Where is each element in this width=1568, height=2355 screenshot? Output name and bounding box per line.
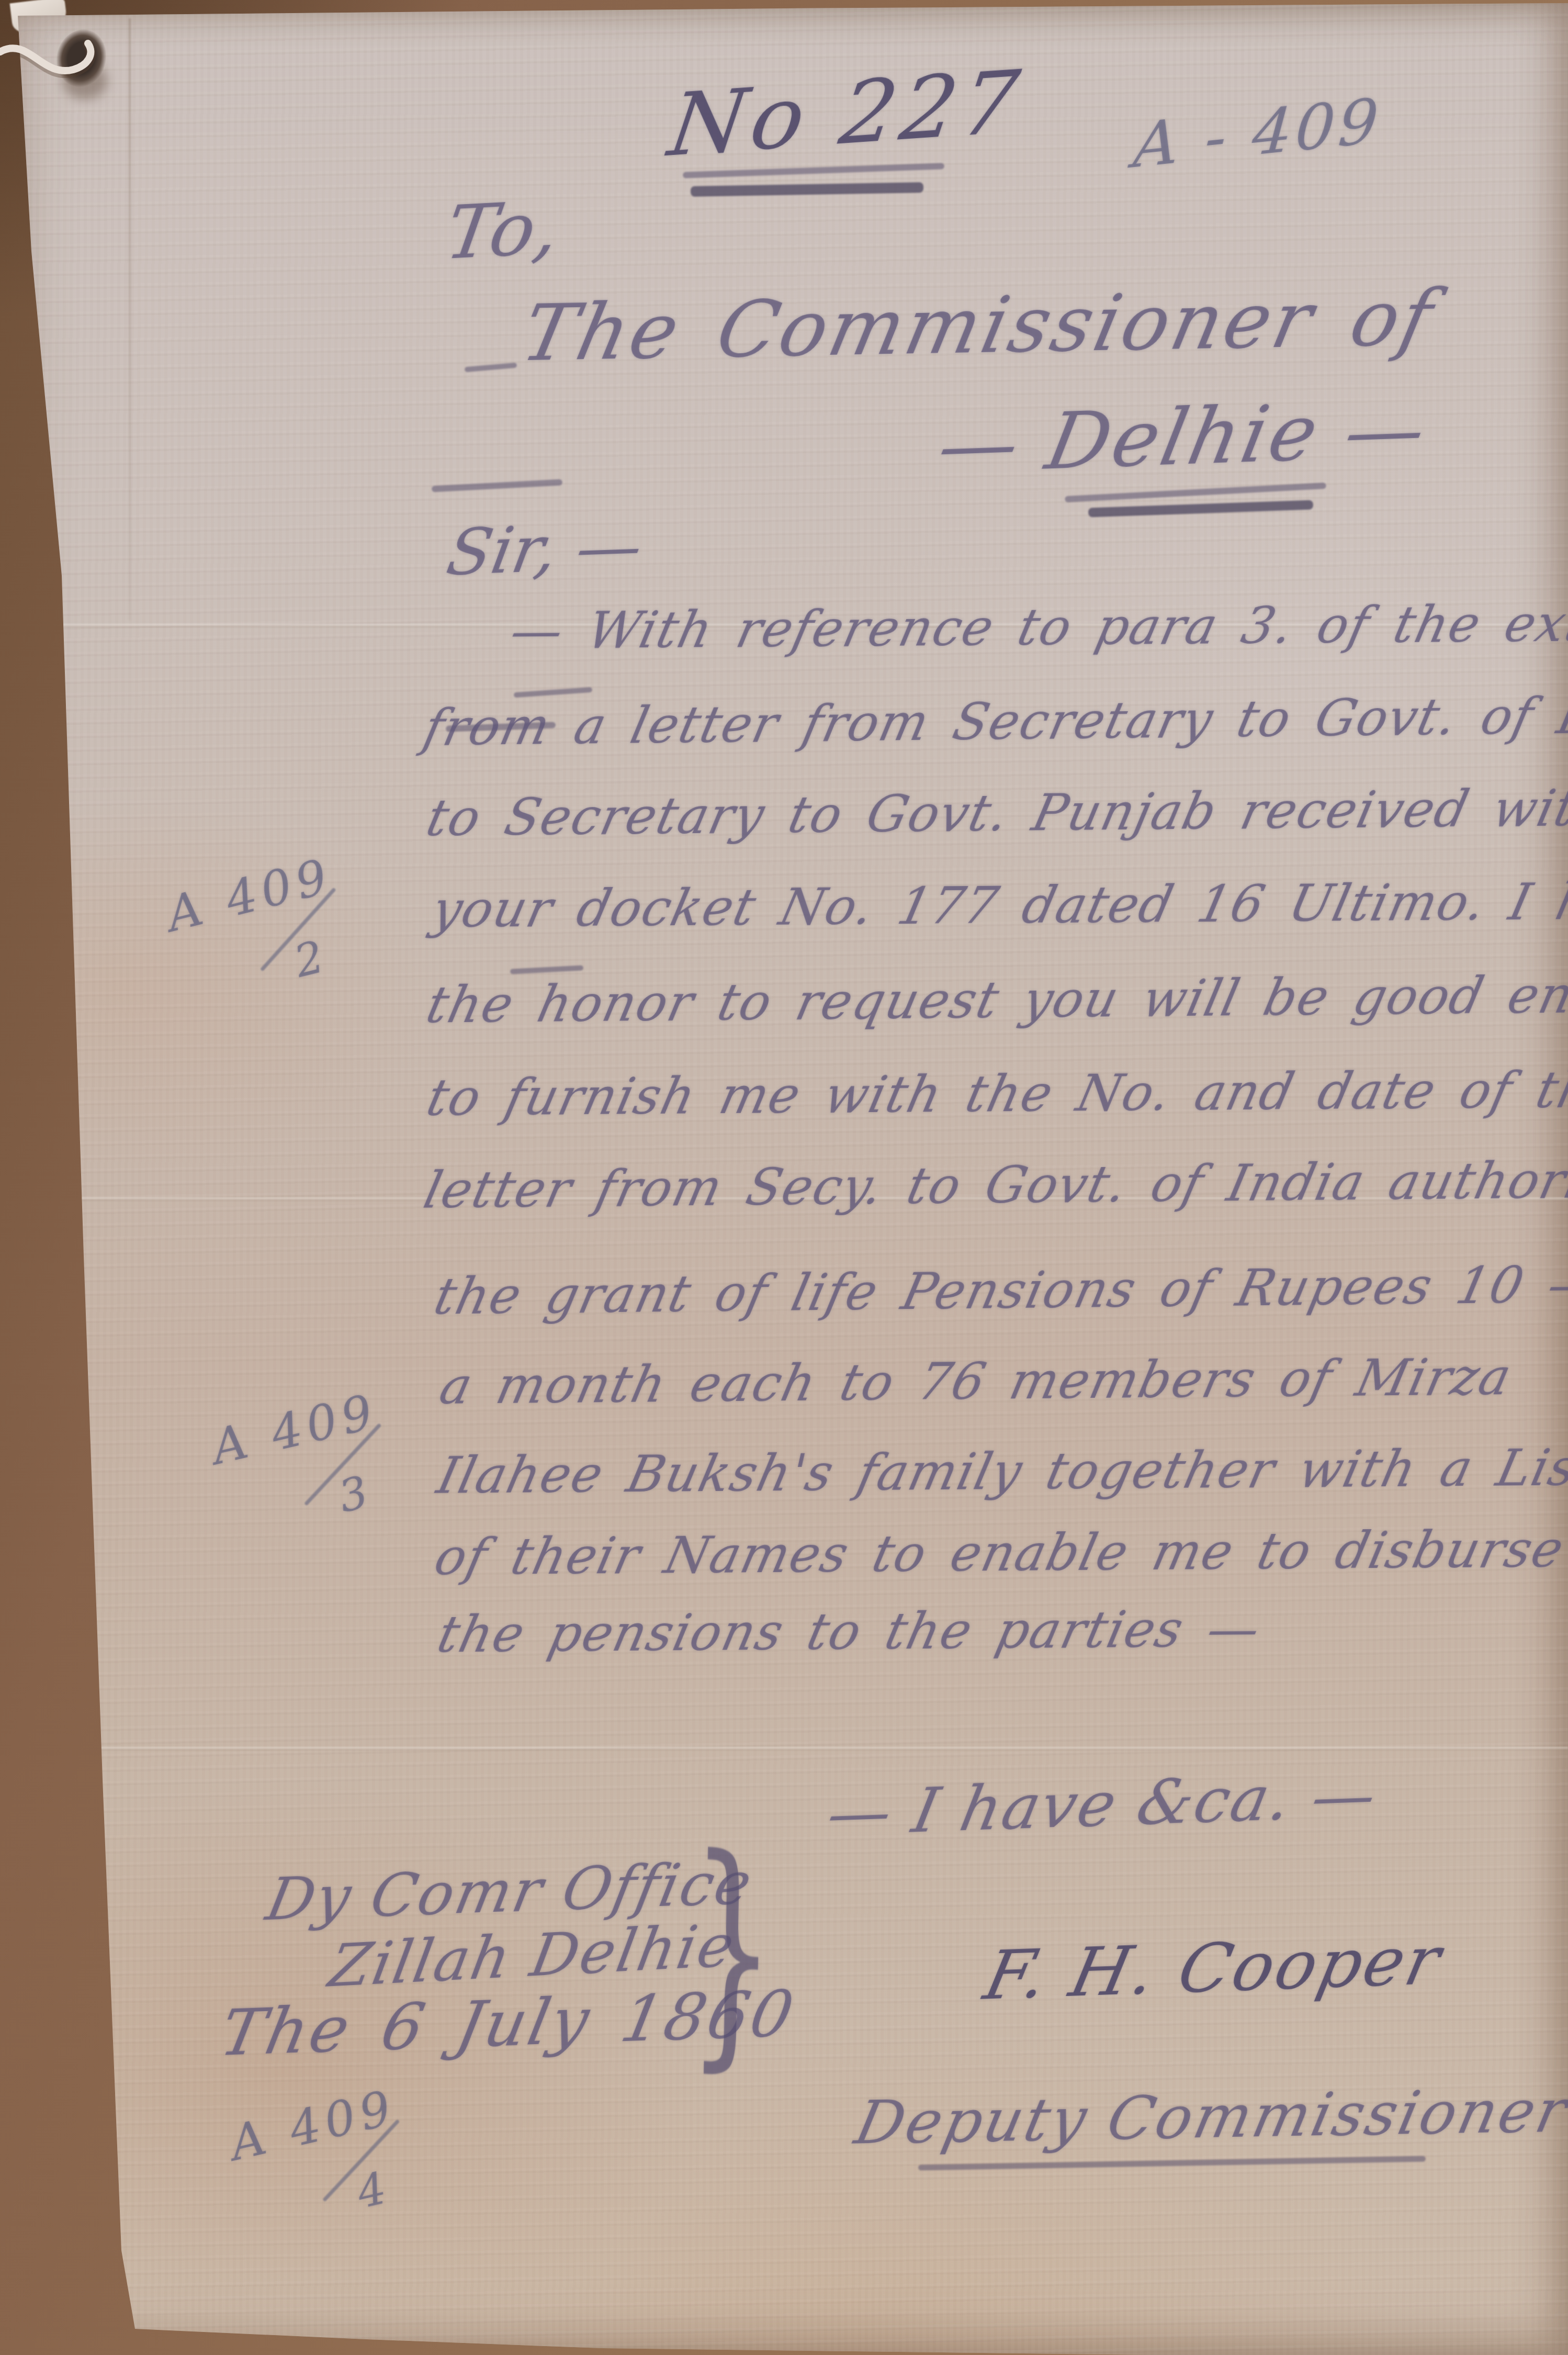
margin-note-number: 3: [335, 1470, 372, 1519]
signature: F. H. Cooper: [979, 1927, 1448, 2010]
addressee-line: The Commissioner of: [516, 279, 1441, 372]
office-brace: }: [687, 1825, 777, 2076]
letter-line: to furnish me with the No. and date of t…: [422, 1064, 1568, 1123]
letter-line: the honor to request you will be good en…: [422, 969, 1568, 1030]
letter-line: the grant of life Pensions of Rupees 10 …: [430, 1259, 1568, 1321]
letter-line: of their Names to enable me to disburse: [431, 1524, 1568, 1582]
to-label: To,: [441, 192, 565, 271]
salutation: Sir, —: [443, 514, 647, 585]
letter-line: Ilahee Buksh's family together with a Li…: [433, 1442, 1568, 1500]
letter-line: — With reference to para 3. of the extra…: [506, 598, 1568, 656]
letter-number: No 227: [664, 59, 1029, 169]
letter-line: the pensions to the parties —: [433, 1604, 1265, 1660]
addressee-place: — Delhie —: [932, 390, 1435, 485]
fold-crease: [0, 1747, 1568, 1751]
letter-line: letter from Secy. to Govt. of India auth…: [420, 1154, 1568, 1215]
photo-backdrop: No 227 A - 409 To, The Commissioner of —…: [0, 0, 1568, 2355]
margin-note-number: 2: [290, 935, 328, 984]
letter-line: from a letter from Secretary to Govt. of…: [420, 689, 1568, 753]
margin-note-number: 4: [353, 2166, 390, 2215]
letter-line: your docket No. 177 dated 16 Ultimo. I h…: [427, 876, 1568, 935]
letter-line: to Secretary to Govt. Punjab received wi…: [422, 782, 1568, 844]
closing-line: — I have &ca. —: [823, 1764, 1383, 1844]
letter-line: a month each to 76 members of Mirza: [435, 1352, 1516, 1411]
signature-title: Deputy Commissioner: [850, 2081, 1568, 2153]
binding-thread: [0, 13, 173, 123]
